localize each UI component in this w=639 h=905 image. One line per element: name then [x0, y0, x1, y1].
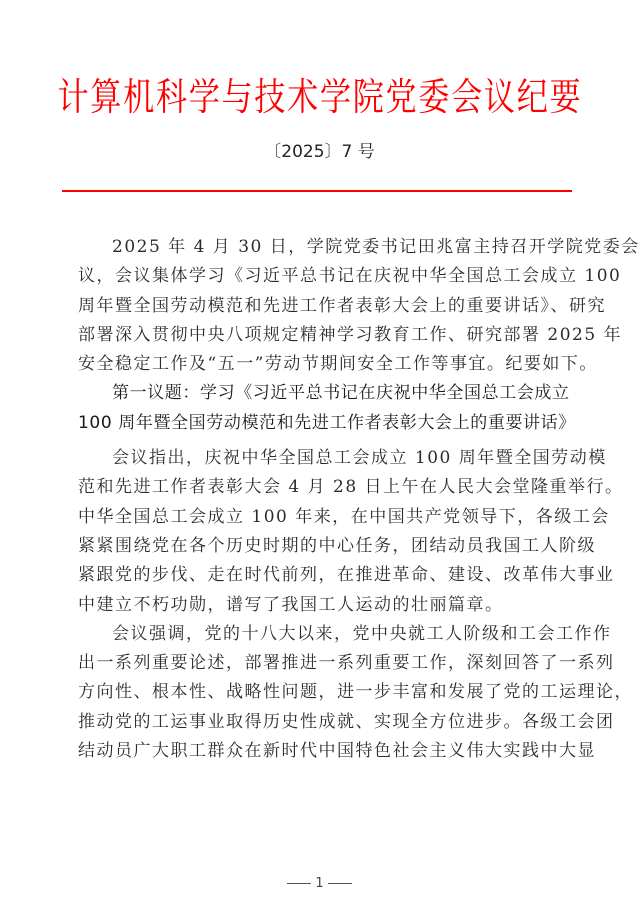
document-number: 〔2025〕7 号 — [0, 140, 639, 164]
dash-left — [287, 883, 311, 884]
text-line: 周年暨全国劳动模范和先进工作者表彰大会上的重要讲话》、研究 — [78, 292, 562, 321]
text-line: 部署深入贯彻中央八项规定精神学习教育工作、研究部署 2025 年 — [78, 321, 562, 350]
text-line: 中华全国总工会成立 100 年来，在中国共产党领导下，各级工会 — [78, 503, 562, 532]
document-page: 计算机科学与技术学院党委会议纪要 〔2025〕7 号 2025 年 4 月 30… — [0, 0, 639, 905]
text-line: 安全稳定工作及“五一”劳动节期间安全工作等事宜。纪要如下。 — [78, 350, 562, 379]
page-footer: 1 — [0, 876, 639, 892]
text-line: 紧跟党的步伐、走在时代前列，在推进革命、建设、改革伟大事业 — [78, 561, 562, 590]
topic-1-heading: 第一议题：学习《习近平总书记在庆祝中华全国总工会成立 100 周年暨全国劳动模范… — [78, 379, 562, 438]
paragraph-meeting-noted: 会议指出，庆祝中华全国总工会成立 100 周年暨全国劳动模 范和先进工作者表彰大… — [78, 444, 562, 620]
page-number: 1 — [315, 876, 323, 891]
text-line: 推动党的工运事业取得历史性成就、实现全方位进步。各级工会团 — [78, 708, 562, 737]
dash-right — [328, 883, 352, 884]
text-line: 范和先进工作者表彰大会 4 月 28 日上午在人民大会堂隆重举行。 — [78, 473, 562, 502]
paragraph-meeting-emphasized: 会议强调，党的十八大以来，党中央就工人阶级和工会工作作 出一系列重要论述，部署推… — [78, 620, 562, 766]
document-title: 计算机科学与技术学院党委会议纪要 — [58, 72, 582, 122]
red-divider-line — [62, 190, 572, 192]
intro-paragraph: 2025 年 4 月 30 日，学院党委书记田兆富主持召开学院党委会 议，会议集… — [78, 233, 562, 379]
text-line: 议，会议集体学习《习近平总书记在庆祝中华全国总工会成立 100 — [78, 262, 562, 291]
text-line: 会议强调，党的十八大以来，党中央就工人阶级和工会工作作 — [78, 620, 562, 649]
text-line: 中建立不朽功勋，谱写了我国工人运动的壮丽篇章。 — [78, 591, 562, 620]
text-line: 2025 年 4 月 30 日，学院党委书记田兆富主持召开学院党委会 — [78, 233, 562, 262]
heading-line: 100 周年暨全国劳动模范和先进工作者表彰大会上的重要讲话》 — [78, 409, 562, 438]
text-line: 紧紧围绕党在各个历史时期的中心任务，团结动员我国工人阶级 — [78, 532, 562, 561]
text-line: 出一系列重要论述，部署推进一系列重要工作，深刻回答了一系列 — [78, 649, 562, 678]
document-body: 2025 年 4 月 30 日，学院党委书记田兆富主持召开学院党委会 议，会议集… — [78, 233, 562, 766]
text-line: 方向性、根本性、战略性问题，进一步丰富和发展了党的工运理论， — [78, 678, 562, 707]
text-line: 结动员广大职工群众在新时代中国特色社会主义伟大实践中大显 — [78, 737, 562, 766]
heading-line: 第一议题：学习《习近平总书记在庆祝中华全国总工会成立 — [78, 379, 562, 408]
text-line: 会议指出，庆祝中华全国总工会成立 100 周年暨全国劳动模 — [78, 444, 562, 473]
